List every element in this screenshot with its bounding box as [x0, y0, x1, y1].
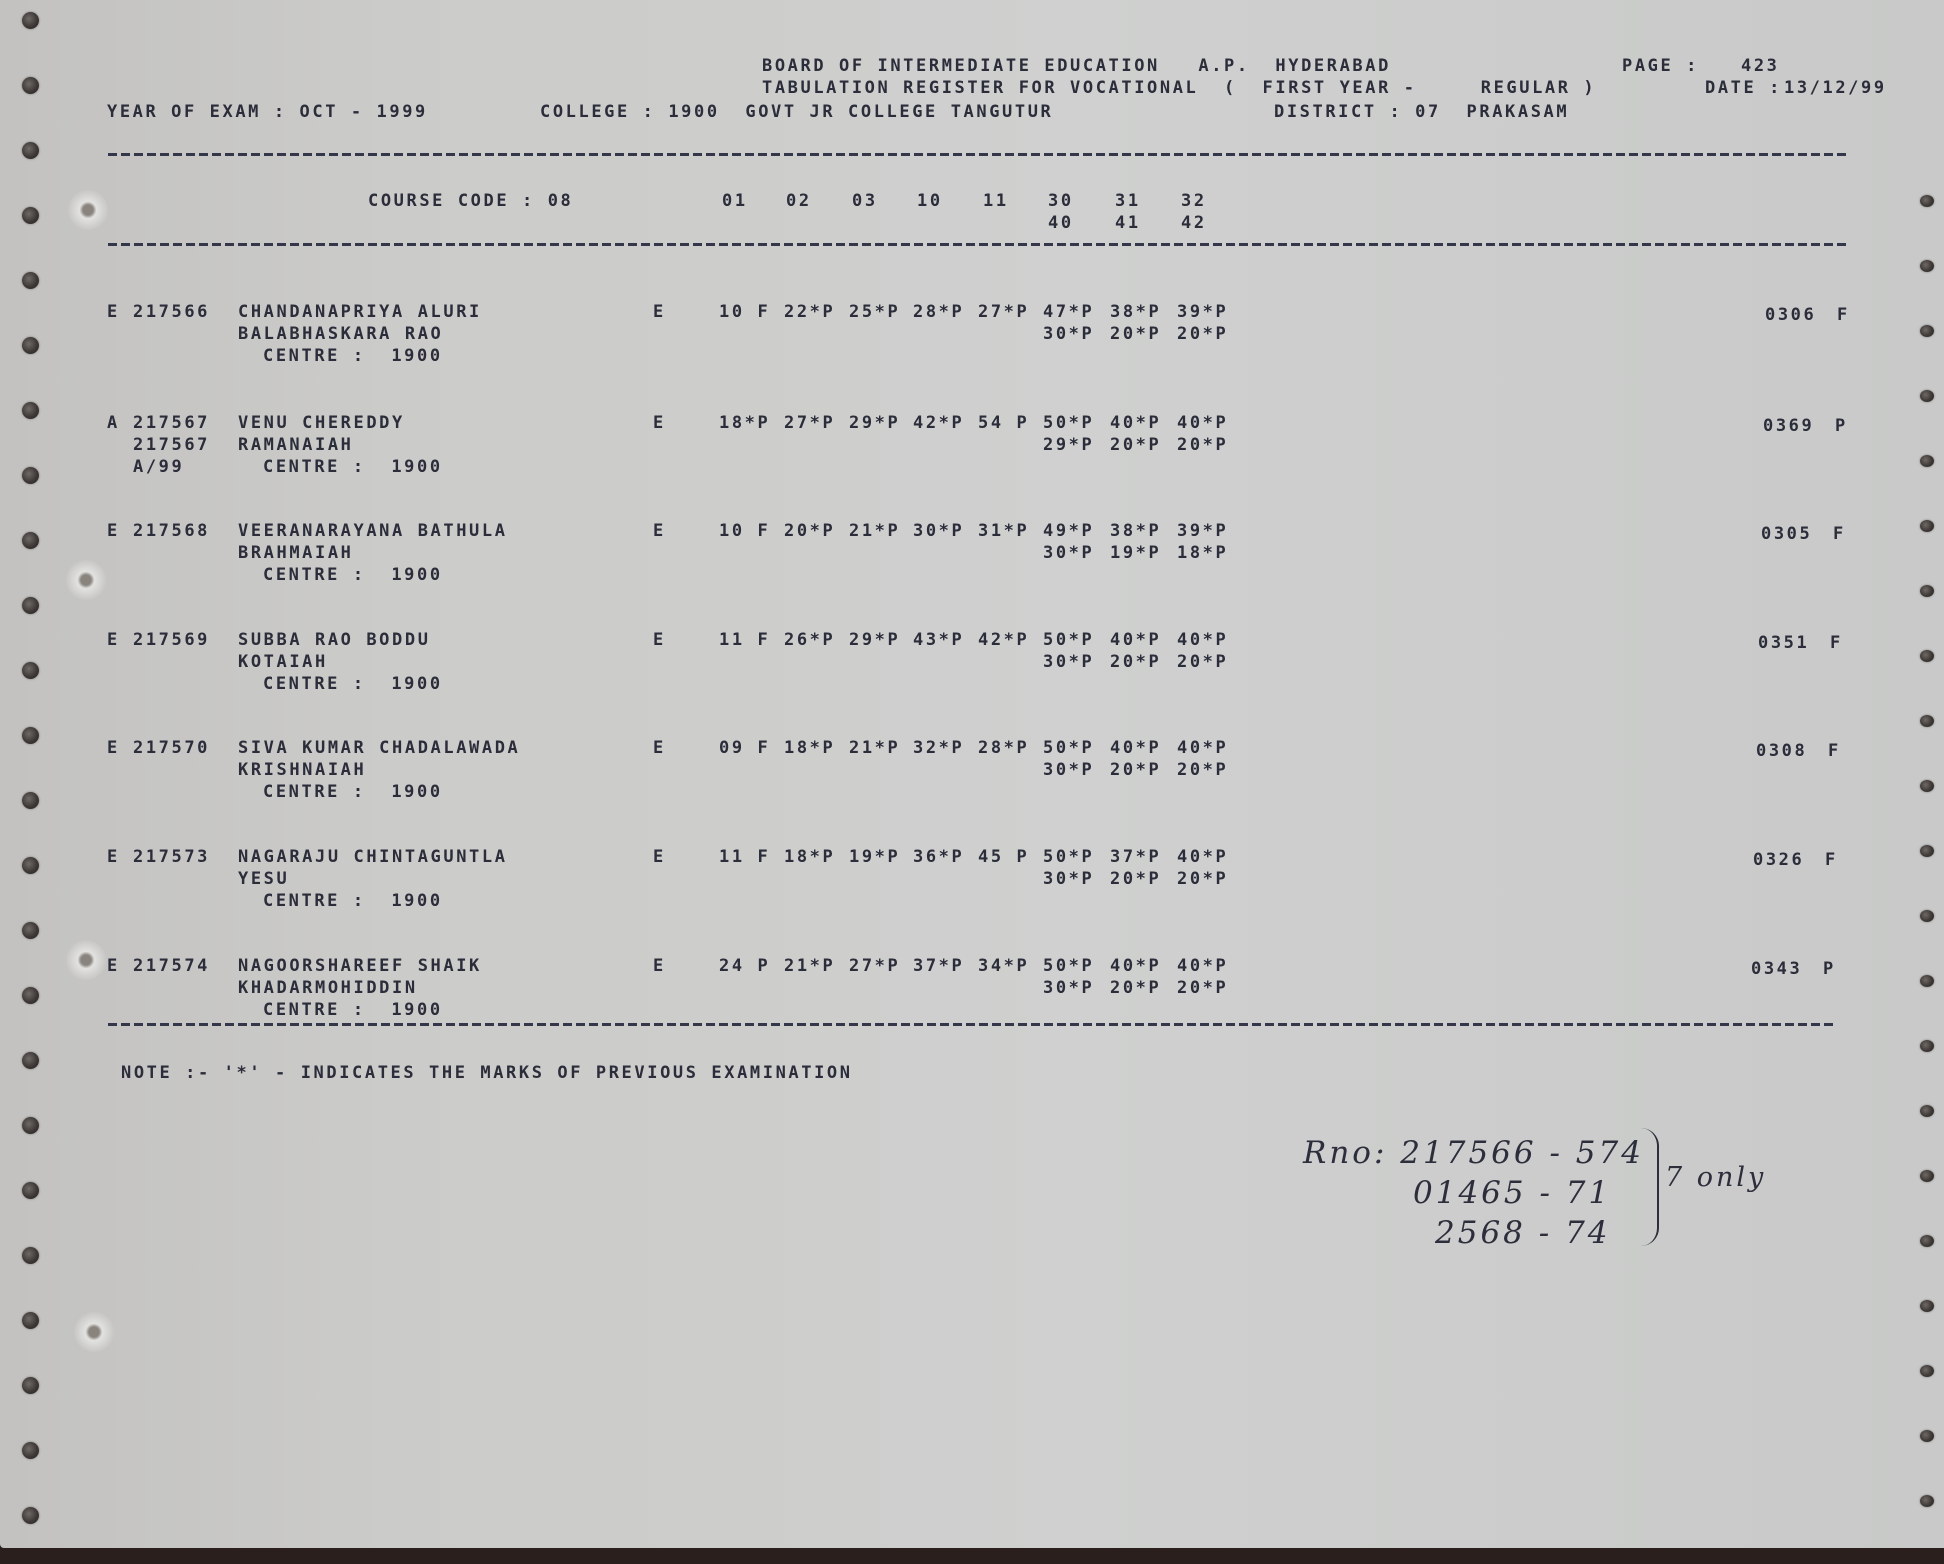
- subject-mark: 26*P: [784, 629, 835, 651]
- subject-mark: 11 F: [719, 846, 770, 868]
- subject-mark: 40*P: [1177, 629, 1228, 651]
- hall-ticket-number: 217567: [133, 412, 210, 434]
- subject-code: 03: [852, 190, 878, 212]
- subject-code: 10: [917, 190, 943, 212]
- subject-mark: 18*P: [719, 412, 770, 434]
- subject-mark: 37*P: [913, 955, 964, 977]
- subject-mark: 36*P: [913, 846, 964, 868]
- punch-hole: [1920, 1300, 1934, 1312]
- college-info: COLLEGE : 1900 GOVT JR COLLEGE TANGUTUR: [540, 101, 1053, 123]
- subject-mark: 38*P: [1110, 301, 1161, 323]
- subject-mark: 28*P: [978, 737, 1029, 759]
- subject-mark: 10 F: [719, 301, 770, 323]
- subject-mark: 20*P: [784, 520, 835, 542]
- subject-mark: 50*P: [1043, 629, 1094, 651]
- subject-mark: 40*P: [1177, 846, 1228, 868]
- subject-mark: 20*P: [1110, 651, 1161, 673]
- subject-mark: 40*P: [1177, 737, 1228, 759]
- subject-mark: 22*P: [784, 301, 835, 323]
- binding-tear-mark: [74, 1312, 114, 1352]
- result: F: [1837, 304, 1850, 326]
- subject-mark: 18*P: [784, 737, 835, 759]
- hall-ticket-number: 217574: [133, 955, 210, 977]
- district-info: DISTRICT : 07 PRAKASAM: [1274, 101, 1569, 123]
- punch-hole: [22, 272, 39, 289]
- subject-mark: 20*P: [1110, 868, 1161, 890]
- total-marks: 0306: [1765, 304, 1816, 326]
- result: P: [1823, 958, 1836, 980]
- subject-mark: 20*P: [1177, 977, 1228, 999]
- brace-mark: [1635, 1128, 1659, 1246]
- punch-hole: [1920, 1040, 1934, 1052]
- subject-mark: 27*P: [784, 412, 835, 434]
- subject-mark: 20*P: [1110, 323, 1161, 345]
- subject-mark: 24 P: [719, 955, 770, 977]
- punch-hole: [1920, 650, 1934, 662]
- candidate-status: E: [107, 629, 120, 651]
- subject-mark: 34*P: [978, 955, 1029, 977]
- subject-mark: 31*P: [978, 520, 1029, 542]
- medium: E: [653, 629, 666, 651]
- handwritten-line-2: 01465 - 71: [1413, 1175, 1611, 1211]
- punch-hole: [1920, 260, 1934, 272]
- subject-mark: 25*P: [849, 301, 900, 323]
- page-number: 423: [1741, 55, 1780, 77]
- subject-mark: 43*P: [913, 629, 964, 651]
- subject-mark: 50*P: [1043, 955, 1094, 977]
- punch-hole: [22, 1312, 39, 1329]
- hall-ticket-number: 217570: [133, 737, 210, 759]
- subject-mark: 19*P: [1110, 542, 1161, 564]
- punch-hole: [1920, 845, 1934, 857]
- punch-hole: [22, 402, 39, 419]
- punch-hole: [22, 1377, 39, 1394]
- punch-hole: [22, 1052, 39, 1069]
- handwritten-line-3: 2568 - 74: [1435, 1215, 1611, 1251]
- subject-mark: 27*P: [978, 301, 1029, 323]
- medium: E: [653, 737, 666, 759]
- punch-hole: [1920, 1495, 1934, 1507]
- punch-hole: [1920, 1235, 1934, 1247]
- binding-tear-mark: [68, 190, 108, 230]
- subject-mark: 09 F: [719, 737, 770, 759]
- left-tractor-holes: [22, 0, 52, 1548]
- father-name: YESU: [238, 868, 289, 890]
- punch-hole: [22, 12, 39, 29]
- punch-hole: [22, 922, 39, 939]
- subject-mark: 42*P: [913, 412, 964, 434]
- previous-exam-code: A/99: [133, 456, 184, 478]
- subject-mark: 30*P: [1043, 542, 1094, 564]
- centre-code: CENTRE : 1900: [263, 345, 443, 367]
- subject-mark: 40*P: [1110, 955, 1161, 977]
- punch-hole: [1920, 455, 1934, 467]
- centre-code: CENTRE : 1900: [263, 999, 443, 1021]
- father-name: KRISHNAIAH: [238, 759, 366, 781]
- punch-hole: [1920, 910, 1934, 922]
- punch-hole: [22, 727, 39, 744]
- punch-hole: [1920, 1170, 1934, 1182]
- print-date: 13/12/99: [1784, 77, 1887, 99]
- subject-mark: 19*P: [849, 846, 900, 868]
- subject-mark: 28*P: [913, 301, 964, 323]
- punch-hole: [22, 207, 39, 224]
- previous-hall-ticket: 217567: [133, 434, 210, 456]
- printout-sheet: BOARD OF INTERMEDIATE EDUCATION A.P. HYD…: [0, 0, 1944, 1548]
- candidate-status: E: [107, 520, 120, 542]
- subject-mark: 11 F: [719, 629, 770, 651]
- centre-code: CENTRE : 1900: [263, 673, 443, 695]
- subject-mark: 37*P: [1110, 846, 1161, 868]
- subject-mark: 30*P: [1043, 977, 1094, 999]
- punch-hole: [22, 1117, 39, 1134]
- subject-mark: 20*P: [1110, 977, 1161, 999]
- total-marks: 0351: [1758, 632, 1809, 654]
- subject-mark: 30*P: [1043, 868, 1094, 890]
- result: F: [1830, 632, 1843, 654]
- candidate-name: NAGARAJU CHINTAGUNTLA: [238, 846, 508, 868]
- subject-mark: 18*P: [784, 846, 835, 868]
- candidate-name: VENU CHEREDDY: [238, 412, 405, 434]
- centre-code: CENTRE : 1900: [263, 456, 443, 478]
- subject-mark: 21*P: [849, 520, 900, 542]
- punch-hole: [1920, 975, 1934, 987]
- medium: E: [653, 955, 666, 977]
- subject-mark: 27*P: [849, 955, 900, 977]
- punch-hole: [1920, 1105, 1934, 1117]
- punch-hole: [1920, 390, 1934, 402]
- subject-mark: 42*P: [978, 629, 1029, 651]
- centre-code: CENTRE : 1900: [263, 890, 443, 912]
- result: F: [1828, 740, 1841, 762]
- subject-code: 30: [1048, 190, 1074, 212]
- candidate-status: E: [107, 301, 120, 323]
- punch-hole: [22, 532, 39, 549]
- medium: E: [653, 520, 666, 542]
- subject-mark: 29*P: [849, 412, 900, 434]
- subject-mark: 30*P: [913, 520, 964, 542]
- subject-code: 40: [1048, 212, 1074, 234]
- binding-tear-mark: [66, 940, 106, 980]
- board-title: BOARD OF INTERMEDIATE EDUCATION A.P. HYD…: [762, 55, 1391, 77]
- punch-hole: [1920, 1430, 1934, 1442]
- result: F: [1825, 849, 1838, 871]
- punch-hole: [22, 597, 39, 614]
- candidate-name: SUBBA RAO BODDU: [238, 629, 431, 651]
- handwritten-count: 7 only: [1665, 1162, 1766, 1193]
- total-marks: 0369: [1763, 415, 1814, 437]
- subject-mark: 39*P: [1177, 520, 1228, 542]
- father-name: KOTAIAH: [238, 651, 328, 673]
- date-label: DATE :: [1705, 77, 1782, 99]
- subject-mark: 29*P: [849, 629, 900, 651]
- punch-hole: [1920, 715, 1934, 727]
- candidate-status: E: [107, 846, 120, 868]
- subject-mark: 20*P: [1177, 434, 1228, 456]
- total-marks: 0305: [1761, 523, 1812, 545]
- subject-mark: 30*P: [1043, 323, 1094, 345]
- subject-mark: 50*P: [1043, 846, 1094, 868]
- subject-mark: 49*P: [1043, 520, 1094, 542]
- centre-code: CENTRE : 1900: [263, 564, 443, 586]
- subject-code: 31: [1115, 190, 1141, 212]
- header-divider: [108, 153, 1850, 156]
- medium: E: [653, 412, 666, 434]
- subject-mark: 21*P: [784, 955, 835, 977]
- punch-hole: [22, 467, 39, 484]
- punch-hole: [1920, 780, 1934, 792]
- column-divider: [108, 243, 1850, 246]
- punch-hole: [1920, 1365, 1934, 1377]
- subject-mark: 47*P: [1043, 301, 1094, 323]
- punch-hole: [22, 337, 39, 354]
- footnote: NOTE :- '*' - INDICATES THE MARKS OF PRE…: [121, 1062, 853, 1084]
- father-name: BRAHMAIAH: [238, 542, 354, 564]
- punch-hole: [22, 792, 39, 809]
- subject-code: 32: [1181, 190, 1207, 212]
- hall-ticket-number: 217573: [133, 846, 210, 868]
- subject-code: 41: [1115, 212, 1141, 234]
- subject-mark: 10 F: [719, 520, 770, 542]
- punch-hole: [22, 1442, 39, 1459]
- binding-tear-mark: [66, 560, 106, 600]
- subject-mark: 20*P: [1177, 323, 1228, 345]
- subject-mark: 40*P: [1177, 412, 1228, 434]
- candidate-name: VEERANARAYANA BATHULA: [238, 520, 508, 542]
- total-marks: 0343: [1751, 958, 1802, 980]
- subject-mark: 30*P: [1043, 759, 1094, 781]
- subject-mark: 40*P: [1177, 955, 1228, 977]
- medium: E: [653, 301, 666, 323]
- punch-hole: [1920, 520, 1934, 532]
- subject-mark: 50*P: [1043, 412, 1094, 434]
- subject-code: 11: [983, 190, 1009, 212]
- subject-mark: 20*P: [1110, 434, 1161, 456]
- punch-hole: [22, 77, 39, 94]
- hall-ticket-number: 217568: [133, 520, 210, 542]
- punch-hole: [22, 1507, 39, 1524]
- punch-hole: [22, 1247, 39, 1264]
- punch-hole: [22, 662, 39, 679]
- subject-mark: 18*P: [1177, 542, 1228, 564]
- candidate-name: NAGOORSHAREEF SHAIK: [238, 955, 482, 977]
- hall-ticket-number: 217566: [133, 301, 210, 323]
- punch-hole: [1920, 585, 1934, 597]
- candidate-name: SIVA KUMAR CHADALAWADA: [238, 737, 520, 759]
- candidate-status: A: [107, 412, 120, 434]
- subject-mark: 40*P: [1110, 412, 1161, 434]
- candidate-name: CHANDANAPRIYA ALURI: [238, 301, 482, 323]
- father-name: KHADARMOHIDDIN: [238, 977, 418, 999]
- subject-mark: 29*P: [1043, 434, 1094, 456]
- subject-mark: 50*P: [1043, 737, 1094, 759]
- subject-mark: 40*P: [1110, 737, 1161, 759]
- subject-mark: 20*P: [1177, 759, 1228, 781]
- total-marks: 0308: [1756, 740, 1807, 762]
- subject-mark: 45 P: [978, 846, 1029, 868]
- medium: E: [653, 846, 666, 868]
- father-name: RAMANAIAH: [238, 434, 354, 456]
- subject-mark: 21*P: [849, 737, 900, 759]
- punch-hole: [1920, 195, 1934, 207]
- subject-mark: 39*P: [1177, 301, 1228, 323]
- punch-hole: [22, 142, 39, 159]
- candidate-status: E: [107, 955, 120, 977]
- page-label: PAGE :: [1622, 55, 1699, 77]
- subject-mark: 30*P: [1043, 651, 1094, 673]
- hall-ticket-number: 217569: [133, 629, 210, 651]
- punch-hole: [22, 1182, 39, 1199]
- centre-code: CENTRE : 1900: [263, 781, 443, 803]
- year-of-exam: YEAR OF EXAM : OCT - 1999: [107, 101, 428, 123]
- subject-mark: 20*P: [1177, 651, 1228, 673]
- subject-mark: 38*P: [1110, 520, 1161, 542]
- subject-code: 42: [1181, 212, 1207, 234]
- subject-mark: 40*P: [1110, 629, 1161, 651]
- result: F: [1833, 523, 1846, 545]
- father-name: BALABHASKARA RAO: [238, 323, 443, 345]
- handwritten-line-1: Rno: 217566 - 574: [1303, 1135, 1644, 1171]
- candidate-status: E: [107, 737, 120, 759]
- right-tractor-holes: [1920, 0, 1944, 1548]
- subject-code: 02: [786, 190, 812, 212]
- subject-mark: 20*P: [1177, 868, 1228, 890]
- punch-hole: [22, 857, 39, 874]
- punch-hole: [1920, 325, 1934, 337]
- total-marks: 0326: [1753, 849, 1804, 871]
- punch-hole: [22, 987, 39, 1004]
- subject-mark: 20*P: [1110, 759, 1161, 781]
- subject-code: 01: [722, 190, 748, 212]
- subject-mark: 54 P: [978, 412, 1029, 434]
- footer-divider: [108, 1023, 1833, 1026]
- subject-mark: 32*P: [913, 737, 964, 759]
- register-title: TABULATION REGISTER FOR VOCATIONAL ( FIR…: [762, 77, 1596, 99]
- result: P: [1835, 415, 1848, 437]
- course-code: COURSE CODE : 08: [368, 190, 573, 212]
